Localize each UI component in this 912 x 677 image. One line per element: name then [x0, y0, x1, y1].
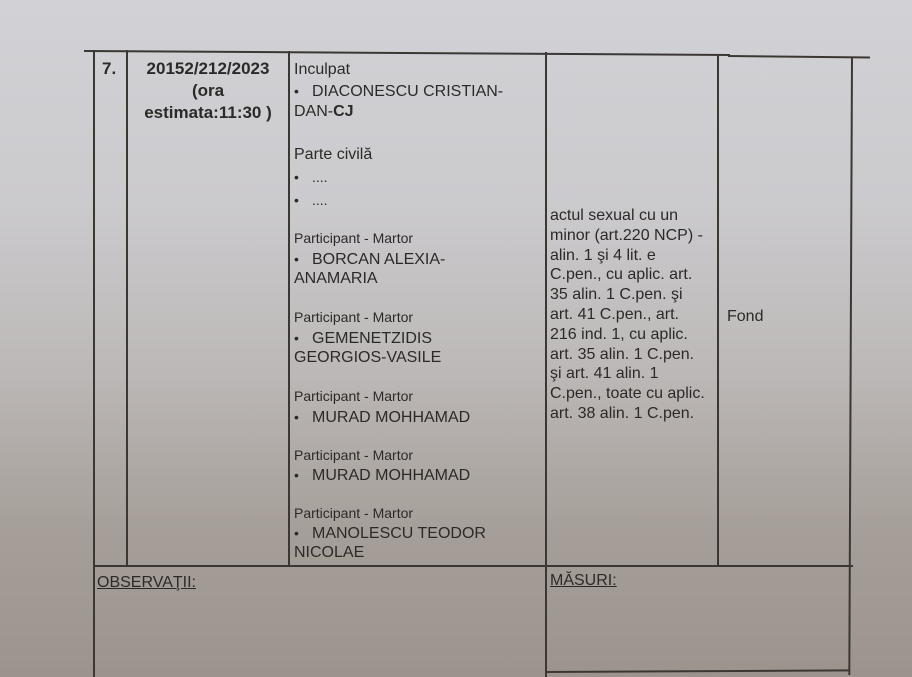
col-divider-number [126, 50, 128, 566]
parte-civila-item: .... [292, 168, 328, 186]
observatii-label: OBSERVAŢII: [97, 573, 196, 593]
inculpat-name-prefix: DAN- [294, 103, 333, 120]
witness-name-line1: MANOLESCU TEODOR [292, 523, 486, 544]
offense-line: 216 ind. 1, cu aplic. [550, 325, 688, 345]
parte-civila-item: .... [292, 191, 328, 209]
witness-name-line1: BORCAN ALEXIA- [292, 249, 445, 270]
witness-name-line1: MURAD MOHHAMAD [292, 465, 470, 486]
inculpat-label: Inculpat [294, 60, 350, 80]
offense-line: 35 alin. 1 C.pen. şi [550, 285, 683, 305]
offense-line: actul sexual cu un [550, 206, 678, 226]
witness-name-line1: GEMENETZIDIS [292, 328, 432, 349]
observatii-area[interactable] [95, 595, 543, 675]
masuri-label: MĂSURI: [550, 571, 617, 591]
offense-line: C.pen., cu aplic. art. [550, 265, 692, 285]
witness-name-line2: GEORGIOS-VASILE [294, 348, 441, 368]
table-top-border [84, 50, 730, 56]
witness-name-line2: ANAMARIA [294, 269, 378, 289]
inculpat-name-line2: DAN-CJ [294, 102, 354, 122]
court-schedule-sheet: 7. 20152/212/2023 (ora estimata:11:30 ) … [0, 0, 912, 677]
inculpat-name-suffix: CJ [333, 103, 353, 120]
offense-line: C.pen., toate cu aplic. [550, 384, 705, 404]
witness-label: Participant - Martor [294, 308, 413, 326]
col-divider-case [288, 51, 290, 566]
table-bottom-border [545, 669, 850, 673]
witness-name-line1: MURAD MOHHAMAD [292, 407, 470, 428]
masuri-area[interactable] [547, 593, 847, 669]
witness-label: Participant - Martor [294, 446, 413, 464]
table-left-border [93, 50, 95, 677]
row-number: 7. [102, 59, 116, 79]
case-stage: Fond [727, 307, 763, 327]
witness-label: Participant - Martor [294, 387, 413, 405]
witness-label: Participant - Martor [294, 229, 413, 247]
table-right-border [848, 57, 853, 675]
parte-civila-label: Parte civilă [294, 145, 372, 165]
offense-line: alin. 1 şi 4 lit. e [550, 246, 656, 266]
offense-line: şi art. 41 alin. 1 [550, 364, 659, 384]
estimated-time-line2: estimata:11:30 ) [128, 103, 288, 123]
witness-label: Participant - Martor [294, 504, 413, 522]
table-top-border-right [728, 55, 870, 58]
col-divider-parties [545, 52, 547, 677]
row-bottom-border [93, 565, 853, 567]
case-number-text: 20152/212/2023 [147, 59, 270, 78]
offense-line: art. 38 alin. 1 C.pen. [550, 404, 694, 424]
witness-name-line2: NICOLAE [294, 543, 364, 563]
offense-line: art. 35 alin. 1 C.pen. [550, 345, 694, 365]
inculpat-name-line1: DIACONESCU CRISTIAN- [292, 81, 503, 102]
offense-line: minor (art.220 NCP) - [550, 226, 703, 246]
col-divider-offense [717, 55, 719, 566]
estimated-time-line1: (ora [128, 81, 288, 101]
offense-line: art. 41 C.pen., art. [550, 305, 679, 325]
case-number[interactable]: 20152/212/2023 [128, 59, 288, 79]
